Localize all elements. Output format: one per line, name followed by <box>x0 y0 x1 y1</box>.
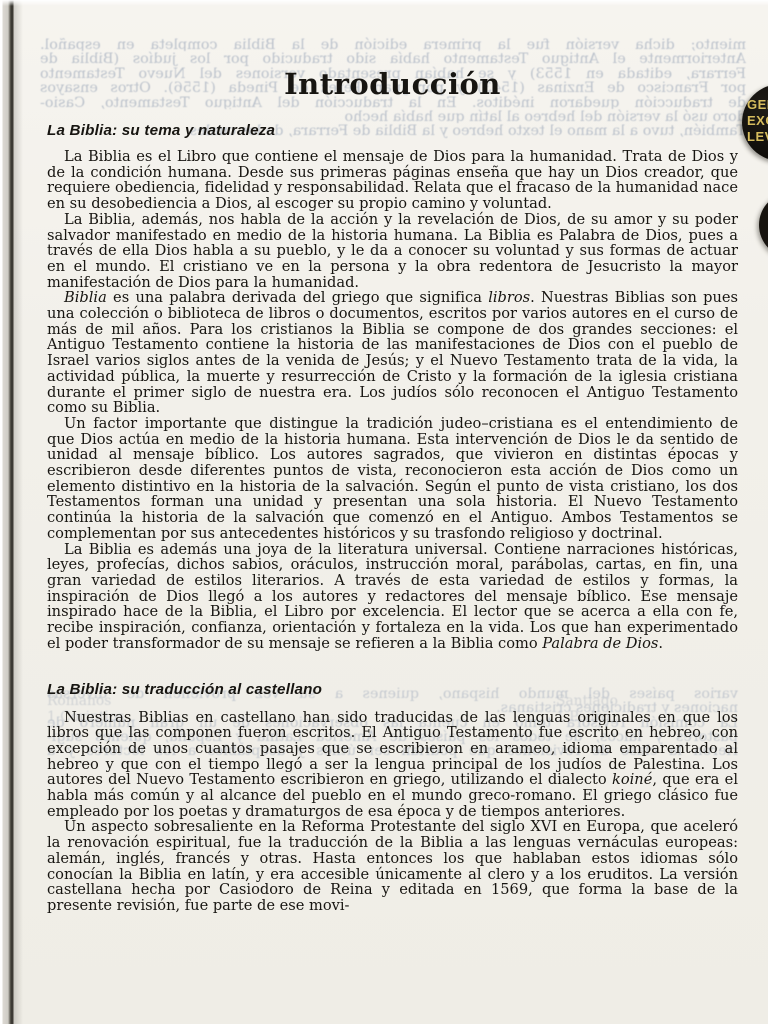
page-title: Introducción <box>47 66 738 103</box>
thumb-index-tab-label: GEN EXO LEV <box>747 97 768 145</box>
thumb-index-tab-partial <box>759 192 768 258</box>
tab-line: GEN <box>747 97 768 113</box>
section-heading-tema-y-naturaleza: La Biblia: su tema y naturaleza <box>47 122 738 139</box>
scan-top-edge <box>0 0 768 6</box>
paragraph: La Biblia, además, nos habla de la acció… <box>47 212 738 291</box>
paragraph: Un aspecto sobresaliente en la Reforma P… <box>47 819 738 913</box>
scan-left-edge-shadow <box>14 0 23 1024</box>
section-heading-traduccion-al-castellano: La Biblia: su traducción al castellano <box>47 681 738 698</box>
scan-left-edge <box>0 0 14 1024</box>
paragraph: La Biblia es además una joya de la liter… <box>47 542 738 652</box>
paragraph: Nuestras Biblias en castellano han sido … <box>47 710 738 820</box>
paragraph: Biblia es una palabra derivada del grieg… <box>47 290 738 416</box>
page-content: Introducción La Biblia: su tema y natura… <box>47 0 738 914</box>
tab-line: EXO <box>747 113 768 129</box>
paragraph: Un factor importante que distingue la tr… <box>47 416 738 542</box>
paragraph: La Biblia es el Libro que contiene el me… <box>47 149 738 212</box>
tab-line: LEV <box>747 129 768 145</box>
